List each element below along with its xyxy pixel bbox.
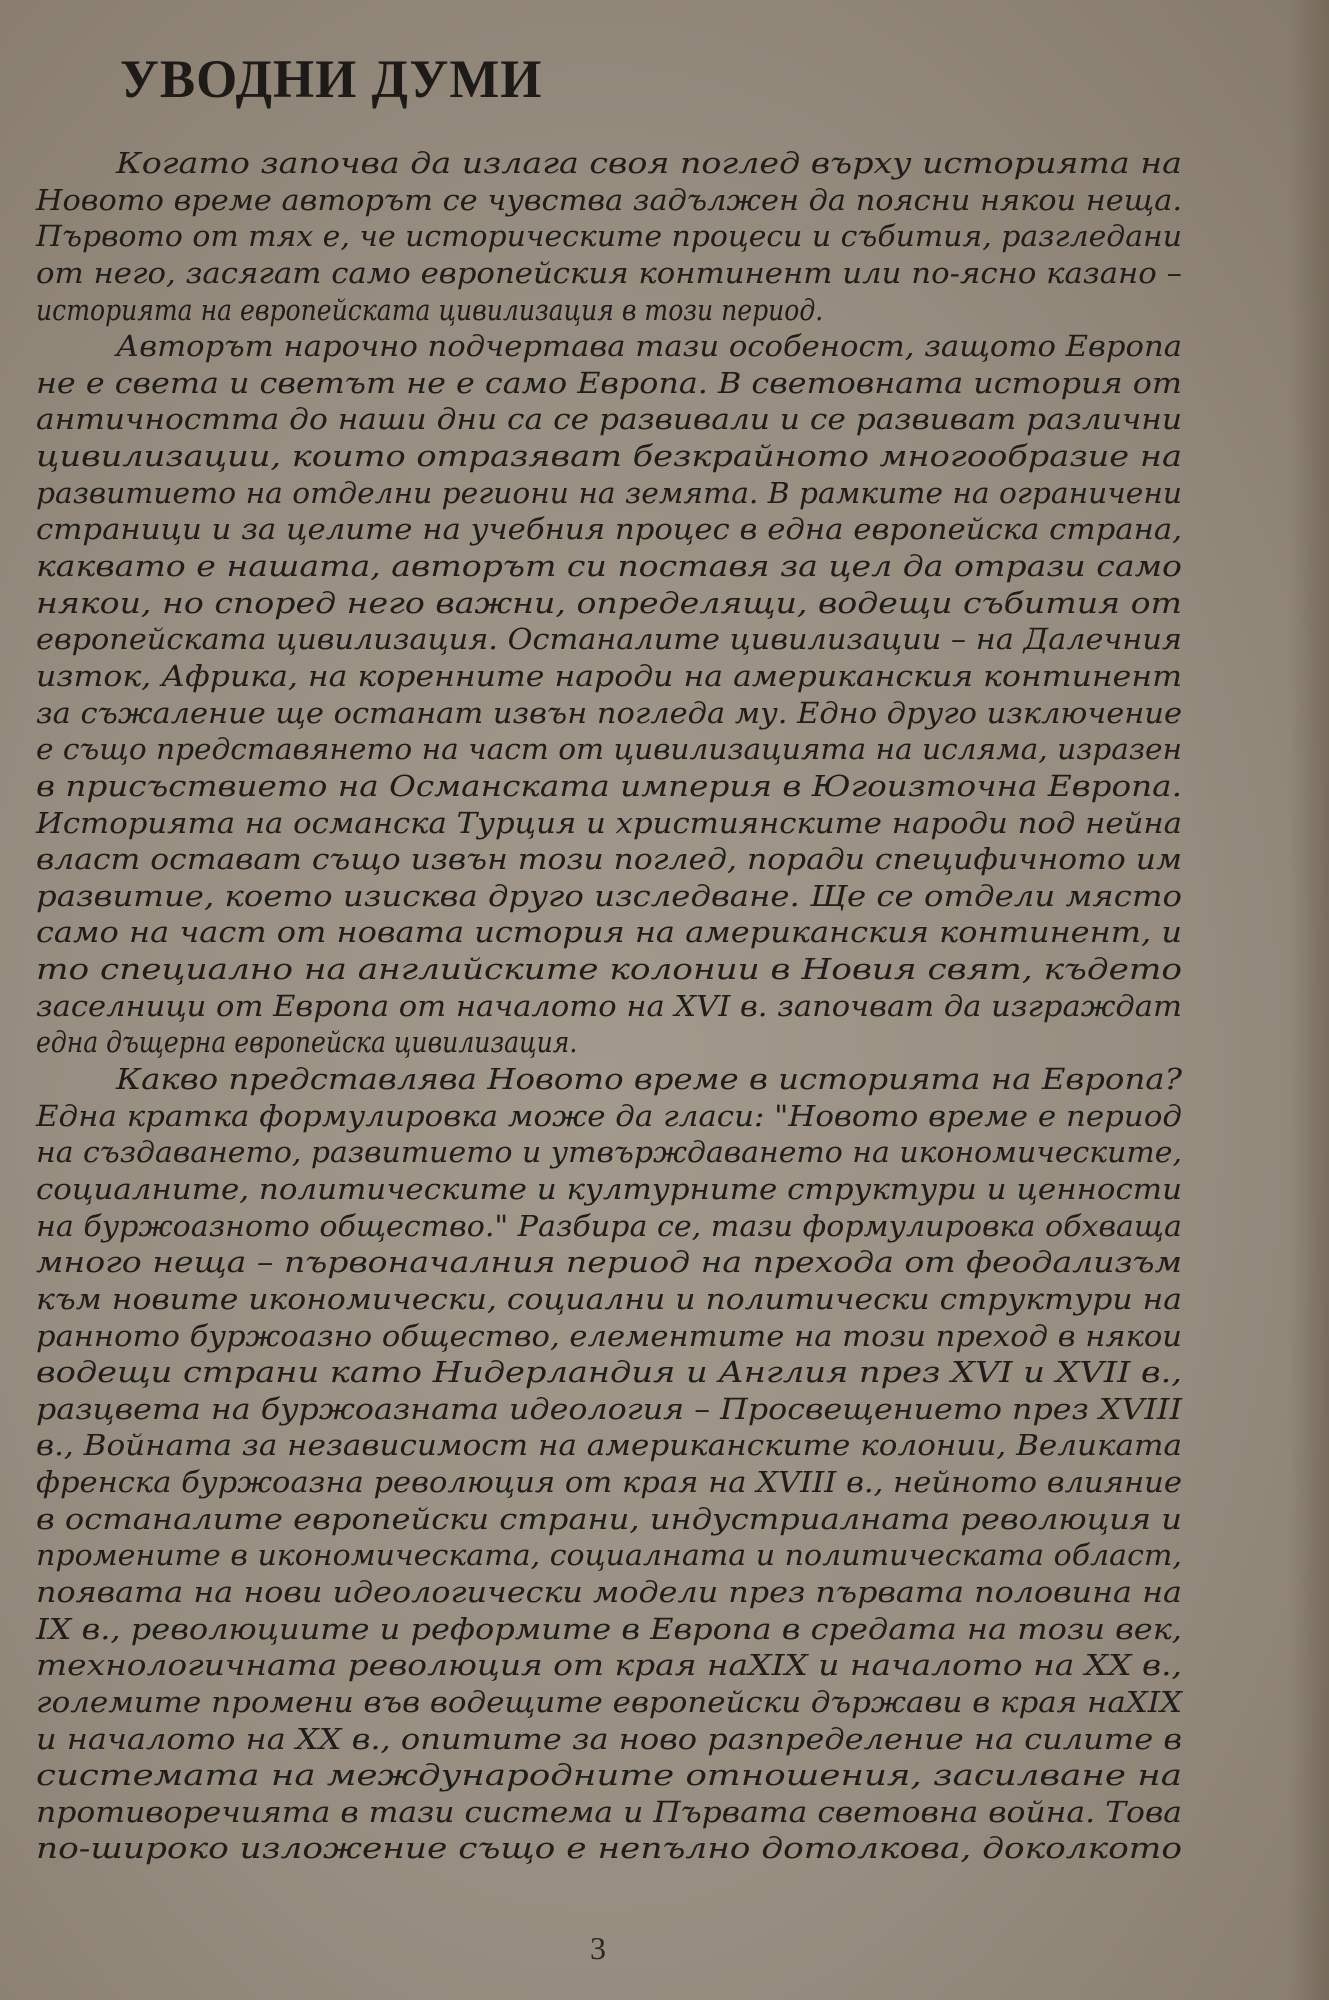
text-line: изток, Африка, на коренните народи на ам… [36, 659, 1182, 696]
text-line: някои, но според него важни, определящи,… [36, 586, 1182, 623]
text-line: историята на европейската цивилизация в … [36, 293, 1182, 330]
text-line: Авторът нарочно подчертава тази особенос… [36, 329, 1262, 366]
page-number: 3 [590, 1930, 606, 1967]
book-page: УВОДНИ ДУМИ Когато започва да излага сво… [0, 0, 1329, 2000]
chapter-title: УВОДНИ ДУМИ [120, 48, 542, 110]
text-line: е също представянето на част от цивилиза… [36, 732, 1182, 769]
text-line: страници и за целите на учебния процес в… [36, 512, 1182, 549]
text-line: технологичната революция от края наXIX и… [36, 1648, 1182, 1685]
text-line: за съжаление ще останат извън погледа му… [36, 696, 1182, 733]
text-line: то специално на английските колонии в Но… [36, 952, 1182, 989]
text-line: една дъщерна европейска цивилизация. [36, 1025, 1182, 1062]
text-line: заселници от Европа от началото на XVI в… [36, 989, 1182, 1026]
text-line: от него, засягат само европейския контин… [36, 256, 1182, 293]
body-text: Когато започва да излага своя поглед вър… [36, 146, 1182, 1868]
text-line: Първото от тях е, че историческите проце… [36, 219, 1182, 256]
text-line: много неща – първоначалния период на пре… [36, 1245, 1182, 1282]
text-line: каквато е нашата, авторът си поставя за … [36, 549, 1182, 586]
text-line: развитието на отделни региони на земята.… [36, 476, 1182, 513]
text-line: и началото на XX в., опитите за ново раз… [36, 1722, 1182, 1759]
text-line: Една кратка формулировка може да гласи: … [36, 1099, 1182, 1136]
text-line: в присъствието на Османската империя в Ю… [36, 769, 1182, 806]
text-line: само на част от новата история на америк… [36, 915, 1182, 952]
text-line: появата на нови идеологически модели пре… [36, 1575, 1182, 1612]
text-line: не е света и светът не е само Европа. В … [36, 366, 1182, 403]
text-line: античността до наши дни са се развивали … [36, 402, 1182, 439]
text-line: IX в., революциите и реформите в Европа … [36, 1612, 1182, 1649]
text-line: ранното буржоазно общество, елементите н… [36, 1319, 1182, 1356]
text-line: Историята на османска Турция и християнс… [36, 806, 1182, 843]
text-line: големите промени във водещите европейски… [36, 1685, 1182, 1722]
text-line: Новото време авторът се чувства задължен… [36, 183, 1182, 220]
text-line: в останалите европейски страни, индустри… [36, 1502, 1182, 1539]
text-line: промените в икономическата, социалната и… [36, 1538, 1182, 1575]
text-line: европейската цивилизация. Останалите цив… [36, 622, 1182, 659]
text-line: по-широко изложение също е непълно дотол… [36, 1831, 1182, 1868]
text-line: към новите икономически, социални и поли… [36, 1282, 1182, 1319]
page-edge-shadow [1289, 0, 1329, 2000]
text-line: противоречията в тази система и Първата … [36, 1795, 1182, 1832]
text-line: на буржоазното общество." Разбира се, та… [36, 1209, 1182, 1246]
text-line: в., Войната за независимост на американс… [36, 1428, 1182, 1465]
text-line: разцвета на буржоазната идеология – Прос… [36, 1392, 1182, 1429]
text-line: на създаването, развитието и утвърждаван… [36, 1135, 1182, 1172]
text-line: системата на международните отношения, з… [36, 1758, 1182, 1795]
text-line: социалните, политическите и културните с… [36, 1172, 1182, 1209]
text-line: Когато започва да излага своя поглед вър… [36, 146, 1262, 183]
text-line: цивилизации, които отразяват безкрайното… [36, 439, 1182, 476]
text-line: власт остават също извън този поглед, по… [36, 842, 1182, 879]
text-line: развитие, което изисква друго изследване… [36, 879, 1182, 916]
text-line: Какво представлява Новото време в истори… [36, 1062, 1262, 1099]
text-line: водещи страни като Нидерландия и Англия … [36, 1355, 1182, 1392]
text-line: френска буржоазна революция от края на X… [36, 1465, 1182, 1502]
